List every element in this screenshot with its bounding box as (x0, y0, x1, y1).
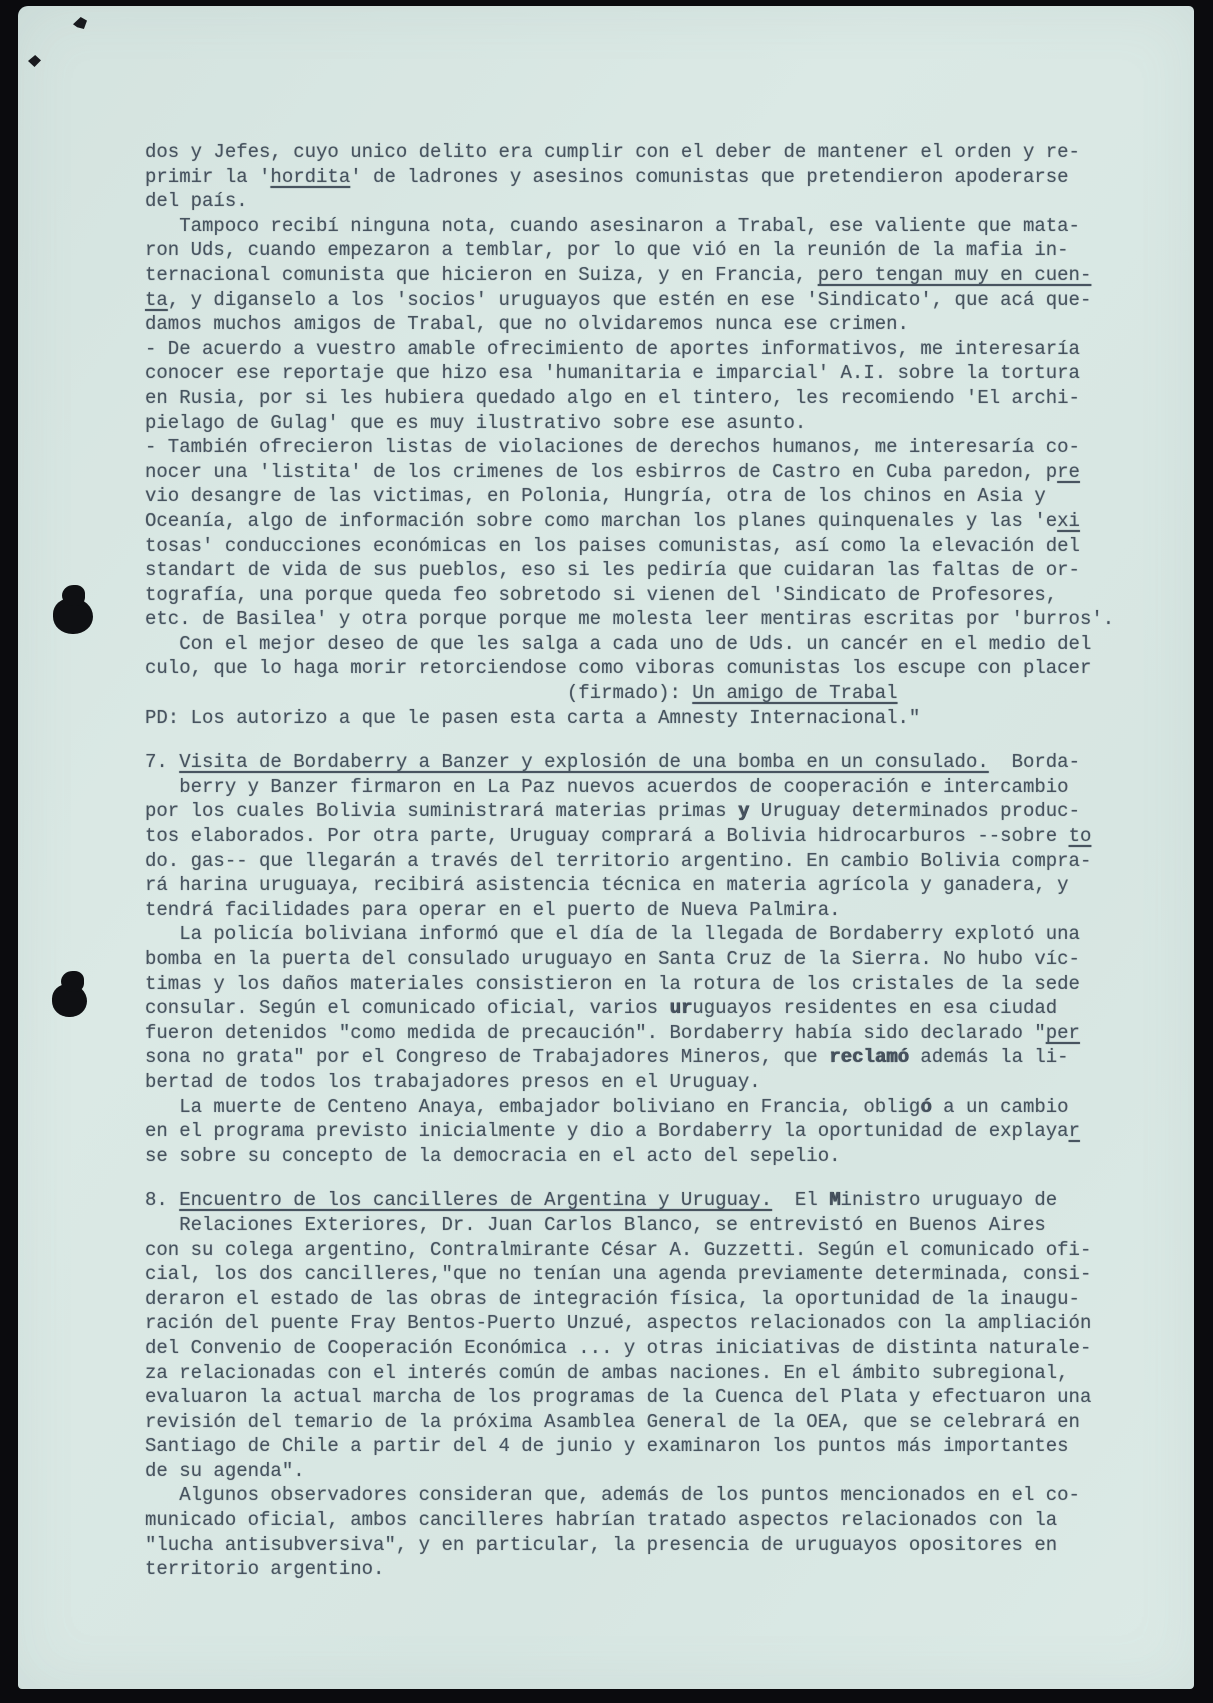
text-line: - De acuerdo a vuestro amable ofrecimien… (145, 337, 1114, 362)
text-segment: tendrá facilidades para operar en el pue… (145, 899, 841, 921)
text-segment: Visita de Bordaberry a Banzer y explosió… (179, 751, 989, 773)
text-line: tos elaborados. Por otra parte, Uruguay … (145, 824, 1114, 849)
text-segment: ó (920, 1096, 931, 1118)
text-segment: - De acuerdo a vuestro amable ofrecimien… (145, 338, 1080, 360)
text-line: consular. Según el comunicado oficial, v… (145, 996, 1114, 1021)
text-segment: La muerte de Centeno Anaya, embajador bo… (145, 1096, 920, 1118)
text-line: del Convenio de Cooperación Económica ..… (145, 1336, 1114, 1361)
text-segment: standart de vida de sus pueblos, eso si … (145, 559, 1080, 581)
text-segment: evaluaron la actual marcha de los progra… (145, 1386, 1091, 1408)
text-segment: "lucha antisubversiva", y en particular,… (145, 1534, 1057, 1556)
text-line: ración del puente Fray Bentos-Puerto Unz… (145, 1311, 1114, 1336)
text-segment: to (1069, 825, 1092, 847)
text-segment: además la li- (909, 1046, 1069, 1068)
text-segment: Santiago de Chile a partir del 4 de juni… (145, 1435, 1069, 1457)
text-segment: rá harina uruguaya, recibirá asistencia … (145, 874, 1069, 896)
text-segment: del país. (145, 190, 248, 212)
text-segment: El (772, 1189, 829, 1211)
text-line: con su colega argentino, Contralmirante … (145, 1238, 1114, 1263)
text-line: Algunos observadores consideran que, ade… (145, 1483, 1114, 1508)
text-line: 7. Visita de Bordaberry a Banzer y explo… (145, 750, 1114, 775)
text-segment: consular. Según el comunicado oficial, v… (145, 997, 670, 1019)
text-segment: Borda- (989, 751, 1080, 773)
text-line: Santiago de Chile a partir del 4 de juni… (145, 1434, 1114, 1459)
text-segment: timas y los daños materiales consistiero… (145, 973, 1080, 995)
text-line: etc. de Basilea' y otra porque porque me… (145, 607, 1114, 632)
text-segment: cial, los dos cancilleres,"que no tenían… (145, 1263, 1091, 1285)
text-segment: Encuentro de los cancilleres de Argentin… (179, 1189, 772, 1211)
text-segment: Oceanía, algo de información sobre como … (145, 510, 1057, 532)
text-segment: inistro uruguayo de (841, 1189, 1058, 1211)
text-line: bertad de todos los trabajadores presos … (145, 1070, 1114, 1095)
text-segment: en Rusia, por si les hubiera quedado alg… (145, 387, 1080, 409)
document-text: dos y Jefes, cuyo unico delito era cumpl… (145, 140, 1114, 1582)
text-line: La muerte de Centeno Anaya, embajador bo… (145, 1095, 1114, 1120)
text-segment: do. gas-- que llegarán a través del terr… (145, 850, 1091, 872)
text-segment: za relacionadas con el interés común de … (145, 1362, 1069, 1384)
text-line: primir la 'hordita' de ladrones y asesin… (145, 165, 1114, 190)
paper-sheet: dos y Jefes, cuyo unico delito era cumpl… (18, 6, 1194, 1689)
text-line: deraron el estado de las obras de integr… (145, 1287, 1114, 1312)
text-line: Tampoco recibí ninguna nota, cuando ases… (145, 214, 1114, 239)
text-line: nocer una 'listita' de los crimenes de l… (145, 460, 1114, 485)
text-line: - También ofrecieron listas de violacion… (145, 435, 1114, 460)
text-line: pielago de Gulag' que es muy ilustrativo… (145, 411, 1114, 436)
text-line: La policía boliviana informó que el día … (145, 922, 1114, 947)
text-segment: xi (1057, 510, 1080, 532)
text-line: (firmado): Un amigo de Trabal (145, 681, 1114, 706)
text-segment: - También ofrecieron listas de violacion… (145, 436, 1080, 458)
text-line: en Rusia, por si les hubiera quedado alg… (145, 386, 1114, 411)
text-segment: de su agenda". (145, 1460, 305, 1482)
text-line: en el programa previsto inicialmente y d… (145, 1119, 1114, 1144)
text-segment: M (829, 1189, 840, 1211)
text-segment: re (1057, 461, 1080, 483)
text-segment: berry y Banzer firmaron en La Paz nuevos… (145, 776, 1069, 798)
text-segment: Relaciones Exteriores, Dr. Juan Carlos B… (145, 1214, 1046, 1236)
text-line: rá harina uruguaya, recibirá asistencia … (145, 873, 1114, 898)
text-segment: PD: Los autorizo a que le pasen esta car… (145, 707, 920, 729)
text-segment: ración del puente Fray Bentos-Puerto Unz… (145, 1312, 1091, 1334)
text-segment: bertad de todos los trabajadores presos … (145, 1071, 761, 1093)
text-line: evaluaron la actual marcha de los progra… (145, 1385, 1114, 1410)
text-segment: r (1069, 1120, 1080, 1142)
text-segment: se sobre su concepto de la democracia en… (145, 1145, 841, 1167)
text-segment: culo, que lo haga morir retorciendose co… (145, 657, 1091, 679)
text-line: sona no grata" por el Congreso de Trabaj… (145, 1045, 1114, 1070)
text-line: dos y Jefes, cuyo unico delito era cumpl… (145, 140, 1114, 165)
text-segment: ternacional comunista que hicieron en Su… (145, 264, 818, 286)
text-line: vio desangre de las victimas, en Polonia… (145, 484, 1114, 509)
text-segment: fueron detenidos "como medida de precauc… (145, 1022, 1046, 1044)
text-line: por los cuales Bolivia suministrará mate… (145, 799, 1114, 824)
text-segment: pero tengan muy en cuen- (818, 264, 1092, 286)
text-segment: tosas' conducciones económicas en los pa… (145, 535, 1080, 557)
text-line: timas y los daños materiales consistiero… (145, 972, 1114, 997)
text-segment: con su colega argentino, Contralmirante … (145, 1239, 1091, 1261)
text-segment: hordita (270, 166, 350, 188)
text-segment: dos y Jefes, cuyo unico delito era cumpl… (145, 141, 1080, 163)
text-line: se sobre su concepto de la democracia en… (145, 1144, 1114, 1169)
text-segment: Un amigo de Trabal (692, 682, 897, 704)
text-segment: territorio argentino. (145, 1558, 384, 1580)
text-segment: vio desangre de las victimas, en Polonia… (145, 485, 1046, 507)
text-segment: a un cambio (932, 1096, 1069, 1118)
text-segment: uguayos residentes en esa ciudad (692, 997, 1057, 1019)
text-segment: por los cuales Bolivia suministrará mate… (145, 800, 738, 822)
text-segment: damos muchos amigos de Trabal, que no ol… (145, 313, 909, 335)
text-segment: La policía boliviana informó que el día … (145, 923, 1080, 945)
text-segment: municado oficial, ambos cancilleres habr… (145, 1509, 1057, 1531)
text-segment: ' de ladrones y asesinos comunistas que … (350, 166, 1068, 188)
text-segment: conocer ese reportaje que hizo esa 'huma… (145, 362, 1080, 384)
text-segment: pielago de Gulag' que es muy ilustrativo… (145, 412, 806, 434)
text-line: ternacional comunista que hicieron en Su… (145, 263, 1114, 288)
text-line: Con el mejor deseo de que les salga a ca… (145, 632, 1114, 657)
text-line: municado oficial, ambos cancilleres habr… (145, 1508, 1114, 1533)
text-segment: deraron el estado de las obras de integr… (145, 1288, 1080, 1310)
ink-mark-icon (28, 55, 41, 67)
text-line: bomba en la puerta del consulado uruguay… (145, 947, 1114, 972)
text-line: do. gas-- que llegarán a través del terr… (145, 849, 1114, 874)
text-segment: Tampoco recibí ninguna nota, cuando ases… (145, 215, 1080, 237)
text-line: berry y Banzer firmaron en La Paz nuevos… (145, 775, 1114, 800)
text-segment: 7. (145, 751, 179, 773)
ink-mark-icon (73, 17, 87, 29)
text-segment: ron Uds, cuando empezaron a temblar, por… (145, 239, 1069, 261)
text-line: del país. (145, 189, 1114, 214)
text-segment: ta (145, 289, 168, 311)
text-segment: y (738, 800, 749, 822)
text-segment: Algunos observadores consideran que, ade… (145, 1484, 1080, 1506)
text-segment: tografía, una porque queda feo sobretodo… (145, 584, 1057, 606)
text-segment: 8. (145, 1189, 179, 1211)
text-line: cial, los dos cancilleres,"que no tenían… (145, 1262, 1114, 1287)
text-line: ron Uds, cuando empezaron a temblar, por… (145, 238, 1114, 263)
text-segment: Uruguay determinados produc- (749, 800, 1080, 822)
text-segment: nocer una 'listita' de los crimenes de l… (145, 461, 1057, 483)
text-line: culo, que lo haga morir retorciendose co… (145, 656, 1114, 681)
punch-hole-blot (52, 984, 87, 1017)
text-line: tosas' conducciones económicas en los pa… (145, 534, 1114, 559)
text-segment: reclamó (829, 1046, 909, 1068)
text-segment: ur (670, 997, 693, 1019)
text-line: Oceanía, algo de información sobre como … (145, 509, 1114, 534)
text-line: de su agenda". (145, 1459, 1114, 1484)
text-line: "lucha antisubversiva", y en particular,… (145, 1533, 1114, 1558)
text-segment: sona no grata" por el Congreso de Trabaj… (145, 1046, 829, 1068)
text-line: territorio argentino. (145, 1557, 1114, 1582)
scanned-page: dos y Jefes, cuyo unico delito era cumpl… (0, 0, 1213, 1703)
text-line: tendrá facilidades para operar en el pue… (145, 898, 1114, 923)
text-segment: etc. de Basilea' y otra porque porque me… (145, 608, 1114, 630)
text-line: damos muchos amigos de Trabal, que no ol… (145, 312, 1114, 337)
text-line: revisión del temario de la próxima Asamb… (145, 1410, 1114, 1435)
text-segment: (firmado): (145, 682, 692, 704)
text-segment: revisión del temario de la próxima Asamb… (145, 1411, 1080, 1433)
text-segment: per (1046, 1022, 1080, 1044)
punch-hole-blot (53, 598, 93, 634)
text-segment: en el programa previsto inicialmente y d… (145, 1120, 1069, 1142)
text-segment: bomba en la puerta del consulado uruguay… (145, 948, 1080, 970)
text-line: standart de vida de sus pueblos, eso si … (145, 558, 1114, 583)
text-segment: primir la ' (145, 166, 270, 188)
text-segment: tos elaborados. Por otra parte, Uruguay … (145, 825, 1069, 847)
text-line: conocer ese reportaje que hizo esa 'huma… (145, 361, 1114, 386)
text-segment: del Convenio de Cooperación Económica ..… (145, 1337, 1091, 1359)
text-line: Relaciones Exteriores, Dr. Juan Carlos B… (145, 1213, 1114, 1238)
text-segment: , y diganselo a los 'socios' uruguayos q… (168, 289, 1092, 311)
text-line: tografía, una porque queda feo sobretodo… (145, 583, 1114, 608)
text-line: fueron detenidos "como medida de precauc… (145, 1021, 1114, 1046)
text-line: PD: Los autorizo a que le pasen esta car… (145, 706, 1114, 731)
text-line: 8. Encuentro de los cancilleres de Argen… (145, 1188, 1114, 1213)
text-line: za relacionadas con el interés común de … (145, 1361, 1114, 1386)
text-segment: Con el mejor deseo de que les salga a ca… (145, 633, 1091, 655)
text-line: ta, y diganselo a los 'socios' uruguayos… (145, 288, 1114, 313)
